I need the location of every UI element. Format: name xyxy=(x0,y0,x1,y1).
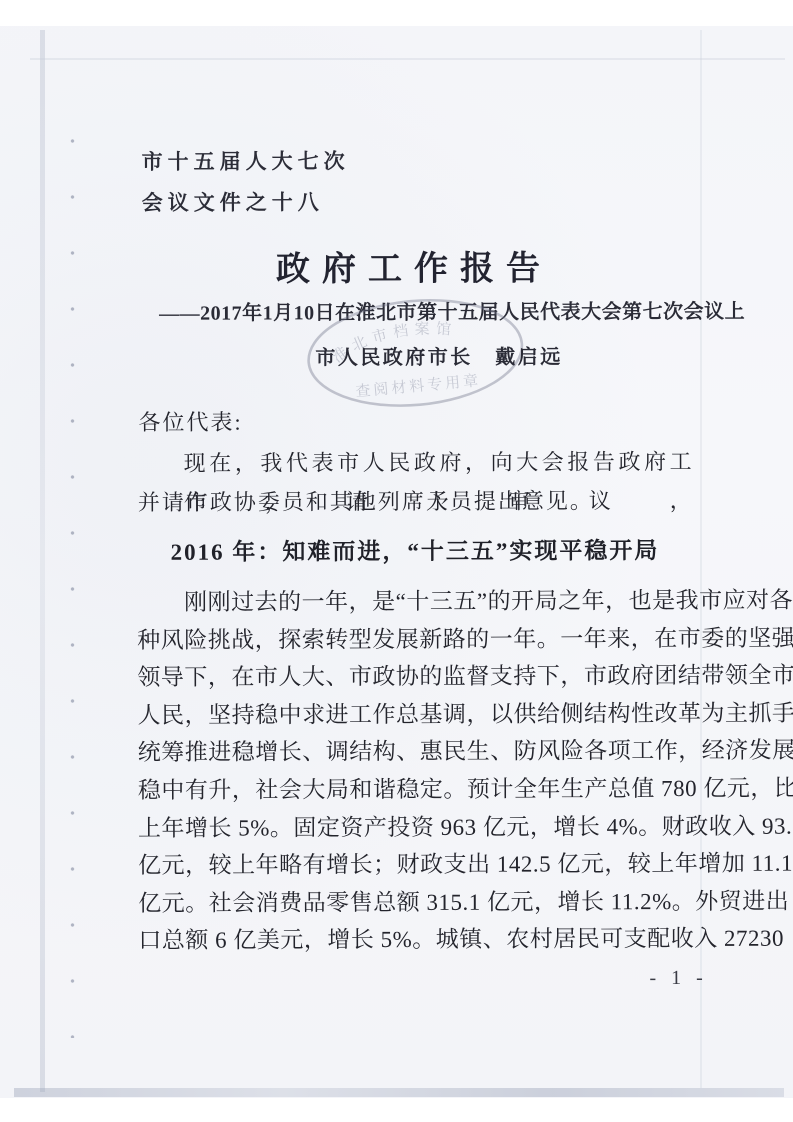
document-header: 市十五届人大七次 会议文件之十八 xyxy=(142,141,350,224)
body-line: 统筹推进稳增长、调结构、惠民生、防风险各项工作，经济发展 xyxy=(138,732,694,772)
body-line: 领导下，在市人大、市政协的监督支持下，市政府团结带领全市 xyxy=(137,657,693,697)
body-line: 稳中有升，社会大局和谐稳定。预计全年生产总值 780 亿元，比 xyxy=(138,770,694,810)
document-title: 政府工作报告 xyxy=(136,240,692,291)
intro-paragraph: 现在，我代表市人民政府，向大会报告政府工作，请予审议， 并请市政协委员和其他列席… xyxy=(138,442,694,522)
scanned-document-page: 市十五届人大七次 会议文件之十八 政府工作报告 ——2017年1月10日在淮北市… xyxy=(0,0,793,1122)
body-line: 刚刚过去的一年，是“十三五”的开局之年，也是我市应对各 xyxy=(137,582,693,622)
body-line: 亿元，较上年略有增长；财政支出 142.5 亿元，较上年增加 11.1 xyxy=(138,845,694,885)
intro-line: 现在，我代表市人民政府，向大会报告政府工作，请予审议， xyxy=(138,442,694,483)
body-line: 人民，坚持稳中求进工作总基调，以供给侧结构性改革为主抓手， xyxy=(137,695,693,735)
stamp-bottom-text: 查阅材料专用章 xyxy=(355,371,482,400)
header-line-session: 市十五届人大七次 xyxy=(142,141,350,183)
body-line: 口总额 6 亿美元，增长 5%。城镇、农村居民可支配收入 27230 xyxy=(138,920,694,960)
presenter-line: 市人民政府市长 戴启远 xyxy=(315,340,563,370)
title-subtitle: ——2017年1月10日在淮北市第十五届人民代表大会第七次会议上 xyxy=(159,295,719,326)
document-content: 市十五届人大七次 会议文件之十八 政府工作报告 ——2017年1月10日在淮北市… xyxy=(0,0,793,1122)
body-line: 亿元。社会消费品零售总额 315.1 亿元，增长 11.2%。外贸进出 xyxy=(138,883,694,923)
header-line-file-number: 会议文件之十八 xyxy=(142,182,350,224)
page-number: - 1 - xyxy=(649,967,707,990)
section-heading-2016: 2016 年：知难而进，“十三五”实现平稳开局 xyxy=(137,532,693,567)
body-line: 种风险挑战，探索转型发展新路的一年。一年来，在市委的坚强 xyxy=(137,620,693,660)
body-line: 上年增长 5%。固定资产投资 963 亿元，增长 4%。财政收入 93.3 xyxy=(138,808,694,848)
salutation: 各位代表: xyxy=(138,406,242,437)
body-paragraph: 刚刚过去的一年，是“十三五”的开局之年，也是我市应对各 种风险挑战，探索转型发展… xyxy=(137,582,694,960)
